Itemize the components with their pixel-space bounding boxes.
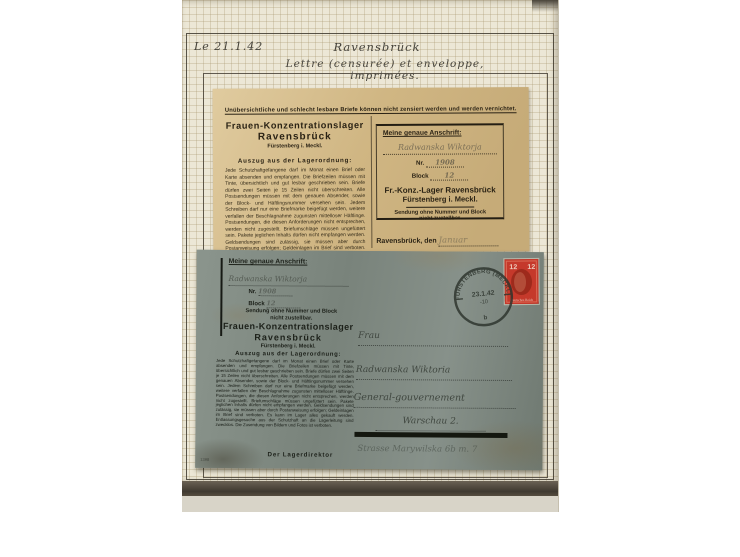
block-label: Block [412, 173, 429, 180]
photo-top-edge-shadow [532, 0, 558, 12]
recipient-region: General-gouvernement [354, 392, 516, 409]
recipient-salutation: Frau [358, 331, 508, 347]
camp-letter-card: Unübersichtliche und schlecht lesbare Br… [213, 87, 530, 253]
censor-warning-line: Unübersichtliche und schlecht lesbare Br… [223, 106, 519, 114]
page-bottom-shadow [182, 481, 558, 496]
column-divider-line [371, 116, 373, 248]
block-value-handwritten: 12 [266, 299, 300, 308]
rules-paragraph: Jede Schutzhaftgefangene darf im Monat e… [215, 359, 354, 450]
sender-block-row: Block 12 [248, 299, 300, 308]
recipient-street: Strasse Marywilska 6b m. 7 [357, 444, 532, 455]
camp-director-signature: Der Lagerdirektor [255, 451, 345, 459]
nr-label: Nr. [248, 289, 256, 295]
handwritten-title-note: Ravensbrück [317, 40, 437, 54]
prisoner-name-handwritten: Radwanska Wiktorja [383, 142, 497, 155]
form-number: 1398 [200, 457, 209, 462]
dateline-handwritten: Januar [439, 235, 499, 246]
sender-name-handwritten: Radwanska Wiktorja [229, 274, 349, 287]
card-left-column: Frauen-Konzentrationslager Ravensbrück F… [225, 120, 366, 253]
rules-heading: Auszug aus der Lagerordnung: [225, 157, 365, 165]
postmark-index-letter: b [483, 314, 488, 321]
recipient-city: Warschau 2. [376, 416, 486, 432]
nr-value-handwritten: 1908 [258, 287, 292, 296]
block-row: Block 12 [383, 170, 497, 181]
handwritten-subtitle-note: Lettre (censurée) et enveloppe, imprimée… [260, 58, 510, 82]
sender-box-heading: Meine genaue Anschrift: [229, 258, 308, 266]
album-page-photo: Le 21.1.42 Ravensbrück Lettre (censurée)… [182, 0, 559, 512]
postmark-date: 23.1.42 [472, 290, 495, 299]
address-box-heading: Meine genaue Anschrift: [383, 129, 497, 137]
rules-paragraph: Jede Schutzhaftgefangene darf im Monat e… [225, 167, 366, 253]
block-value-handwritten: 12 [430, 170, 468, 180]
recipient-name: Radwanska Wiktoria [356, 365, 512, 381]
camp-title: Frauen-Konzentrationslager [208, 321, 368, 332]
prisoner-number-row: Nr. 1908 [383, 157, 497, 168]
delivery-note-line2: nicht zustellbar. [383, 215, 497, 222]
block-label: Block [248, 301, 264, 307]
handwritten-date-note: Le 21.1.42 [194, 40, 263, 53]
camp-address-line1: Fr.-Konz.-Lager Ravensbrück [383, 185, 497, 195]
stamp-value-right: 12 [527, 264, 535, 271]
camp-envelope: Meine genaue Anschrift: Radwanska Wiktor… [195, 250, 544, 470]
prisoner-address-box: Meine genaue Anschrift: Radwanska Wiktor… [376, 123, 505, 220]
sender-number-row: Nr. 1908 [248, 287, 292, 296]
censor-black-bar [354, 432, 507, 438]
camp-location: Fürstenberg i. Meckl. [208, 343, 368, 350]
page-bottom-edge [182, 496, 558, 512]
camp-name: Ravensbrück [225, 131, 365, 143]
nr-label: Nr. [416, 160, 424, 167]
camp-title: Frauen-Konzentrationslager [225, 120, 365, 131]
rules-heading: Auszug aus der Lagerordnung: [208, 351, 368, 358]
postmark: FÜRSTENBERG (MECKL) 23.1.42 -10 b [450, 264, 516, 330]
nr-value-handwritten: 1908 [426, 158, 464, 168]
scanned-album-photo: Le 21.1.42 Ravensbrück Lettre (censurée)… [0, 0, 740, 557]
camp-name: Ravensbrück [208, 332, 368, 343]
dateline-label: Ravensbrück, den [376, 238, 436, 245]
postmark-time: -10 [480, 299, 489, 306]
address-box-divider [406, 206, 474, 207]
dateline-row: Ravensbrück, den Januar [376, 235, 498, 247]
camp-location: Fürstenberg i. Meckl. [225, 143, 365, 150]
camp-address-line2: Fürstenberg i. Meckl. [383, 194, 497, 204]
delivery-note-line1: Sendung ohne Nummer und Block [226, 308, 356, 315]
